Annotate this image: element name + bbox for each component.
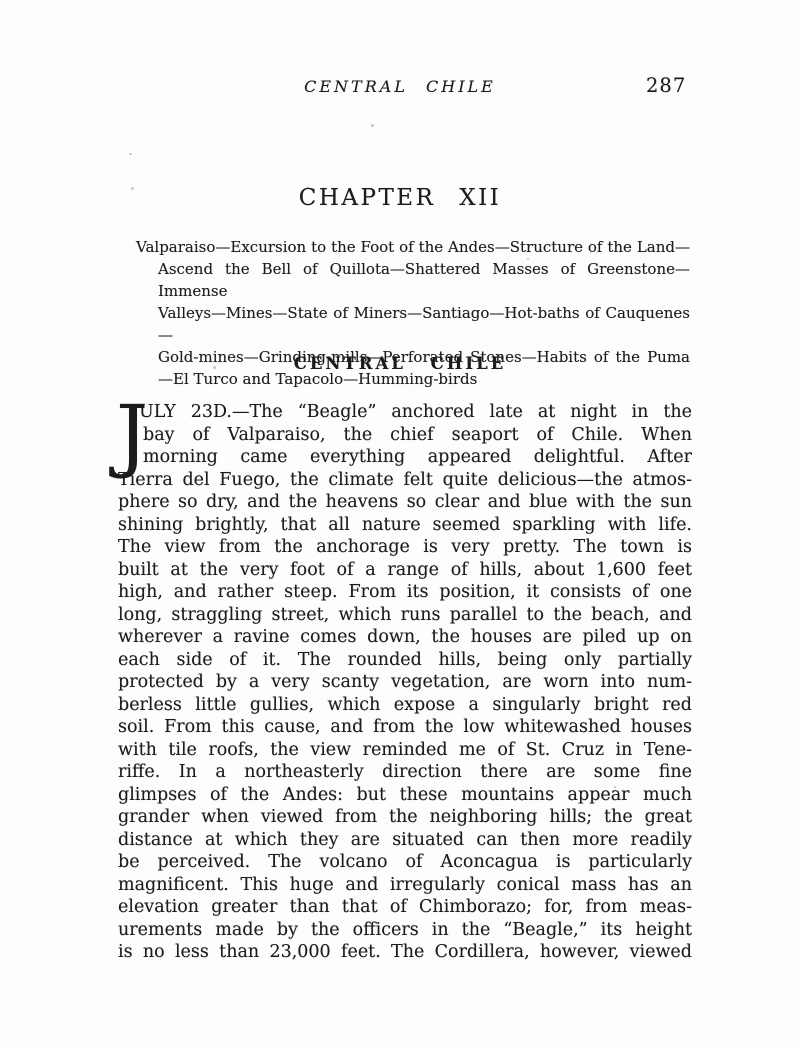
summary-line: Ascend the Bell of Quillota—Shattered Ma…: [158, 258, 690, 302]
scan-speck: [131, 187, 134, 190]
body-line: shining brightly, that all nature seemed…: [118, 514, 692, 537]
body-text: J ULY 23D.—The “Beagle” anchored late at…: [118, 401, 692, 964]
body-line: protected by a very scanty vegetation, a…: [118, 671, 692, 694]
scan-speck: [431, 378, 433, 380]
body-line: long, straggling street, which runs para…: [118, 604, 692, 627]
body-line: berless little gullies, which expose a s…: [118, 694, 692, 717]
scan-speck: [213, 366, 216, 369]
body-line: soil. From this cause, and from the low …: [118, 716, 692, 739]
body-line: wherever a ravine comes down, the houses…: [118, 626, 692, 649]
body-line: phere so dry, and the heavens so clear a…: [118, 491, 692, 514]
chapter-heading: CHAPTER XII: [0, 185, 800, 211]
body-line: is no less than 23,000 feet. The Cordill…: [118, 941, 692, 964]
body-line: glimpses of the Andes: but these mountai…: [118, 784, 692, 807]
scan-speck: [614, 786, 616, 788]
drop-cap: J: [116, 395, 148, 475]
scan-speck: [371, 124, 374, 127]
body-line: Tierra del Fuego, the climate felt quite…: [118, 469, 692, 492]
scan-speck: [129, 153, 132, 155]
body-line: be perceived. The volcano of Aconcagua i…: [118, 851, 692, 874]
summary-line: Valleys—Mines—State of Miners—Santiago—H…: [158, 302, 690, 346]
book-page: CENTRAL CHILE 287 CHAPTER XII Valparaiso…: [0, 0, 800, 1050]
body-line: distance at which they are situated can …: [118, 829, 692, 852]
body-line: urements made by the officers in the “Be…: [118, 919, 692, 942]
body-line: morning came everything appeared delight…: [143, 446, 692, 469]
page-number: 287: [646, 74, 686, 97]
section-heading: CENTRAL CHILE: [0, 354, 800, 373]
summary-line: Valparaiso—Excursion to the Foot of the …: [136, 236, 690, 258]
body-line: The view from the anchorage is very pret…: [118, 536, 692, 559]
body-line: with tile roofs, the view reminded me of…: [118, 739, 692, 762]
body-line: elevation greater than that of Chimboraz…: [118, 896, 692, 919]
body-line: built at the very foot of a range of hil…: [118, 559, 692, 582]
body-line: each side of it. The rounded hills, bein…: [118, 649, 692, 672]
body-line: high, and rather steep. From its positio…: [118, 581, 692, 604]
body-line: magnificent. This huge and irregularly c…: [118, 874, 692, 897]
body-paragraph: ULY 23D.—The “Beagle” anchored late at n…: [118, 401, 692, 964]
body-line: grander when viewed from the neighboring…: [118, 806, 692, 829]
body-line: riffe. In a northeasterly direction ther…: [118, 761, 692, 784]
body-line: ULY 23D.—The “Beagle” anchored late at n…: [139, 401, 692, 424]
scan-speck: [527, 258, 529, 260]
body-line: bay of Valparaiso, the chief seaport of …: [143, 424, 692, 447]
